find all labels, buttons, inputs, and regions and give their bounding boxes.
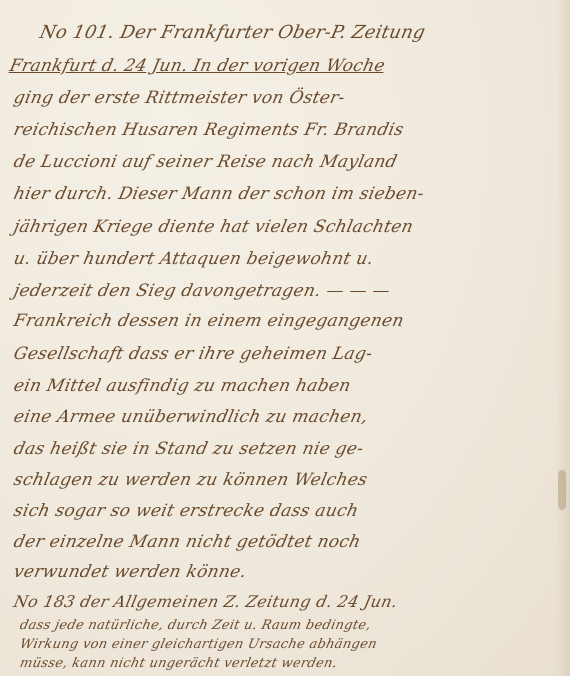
manuscript-line-4: reichischen Husaren Regiments Fr. Brandi… [12,120,406,140]
manuscript-page: No 101. Der Frankfurter Ober-P. Zeitung … [0,0,570,676]
paper-stain [558,470,566,510]
manuscript-line-21: Wirkung von einer gleichartigen Ursache … [18,637,378,652]
manuscript-line-6: hier durch. Dieser Mann der schon im sie… [12,184,426,204]
manuscript-line-16: sich sogar so weit erstrecke dass auch [12,501,360,521]
manuscript-line-1: No 101. Der Frankfurter Ober-P. Zeitung [38,22,427,43]
manuscript-line-14: das heißt sie in Stand zu setzen nie ge- [12,439,366,459]
manuscript-line-10: Frankreich dessen in einem eingegangenen [12,311,406,331]
manuscript-line-5: de Luccioni auf seiner Reise nach Maylan… [12,152,399,172]
manuscript-line-8: u. über hundert Attaquen beigewohnt u. [12,249,376,269]
manuscript-line-22: müsse, kann nicht ungerächt verletzt wer… [18,656,338,671]
manuscript-line-20: dass jede natürliche, durch Zeit u. Raum… [18,618,372,633]
manuscript-line-12: ein Mittel ausfindig zu machen haben [12,376,353,396]
manuscript-line-18: verwundet werden könne. [12,562,249,582]
manuscript-line-17: der einzelne Mann nicht getödtet noch [12,532,363,552]
manuscript-line-15: schlagen zu werden zu können Welches [12,470,369,490]
paper-edge [556,0,570,676]
manuscript-line-19: No 183 der Allgemeinen Z. Zeitung d. 24 … [12,592,400,611]
manuscript-line-13: eine Armee unüberwindlich zu machen, [12,407,370,427]
manuscript-line-7: jährigen Kriege diente hat vielen Schlac… [12,217,415,237]
manuscript-line-11: Gesellschaft dass er ihre geheimen Lag- [12,344,375,364]
manuscript-line-2: Frankfurt d. 24 Jun. In der vorigen Woch… [8,56,387,76]
manuscript-line-3: ging der erste Rittmeister von Öster- [12,88,347,108]
manuscript-line-9: jederzeit den Sieg davongetragen. — — — [12,281,392,301]
